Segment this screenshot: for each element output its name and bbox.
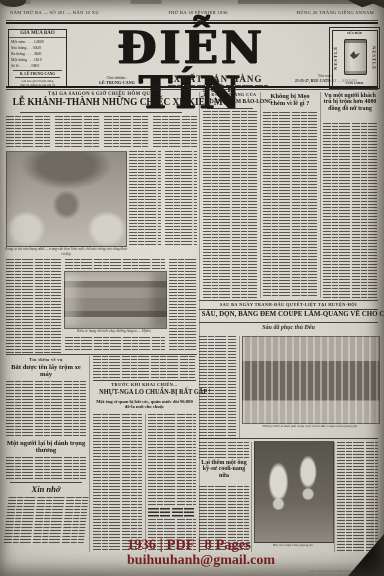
assault-headline: Một người lại bị đánh trọng thương [6, 440, 86, 454]
body-text-block [148, 414, 196, 506]
nestle-ad-bottom-text: CON CHIM [340, 81, 369, 85]
theft-kicker: Tin thêm về vụ [6, 358, 86, 363]
train-interior-photo [6, 151, 127, 247]
price-box-title: GIÁ MUA BÁO [9, 30, 66, 38]
team-photo-caption: Những chiến-sĩ đoạt giải trong cuộc tran… [242, 424, 378, 428]
robbery-headline: Vụ một người khách trú bị trộm hơn 4000 … [323, 93, 377, 112]
body-text-block [93, 356, 196, 378]
column-rule [251, 442, 252, 552]
body-text-block [65, 337, 165, 351]
sports-headline: SÁU, DỌN, BẢNG ĐEM COUPE LÂM-QUANG VỀ CH… [202, 311, 376, 319]
coronation-kicker: LỄ ĐĂNG-QUANG CỦA [203, 93, 257, 98]
dateline-date: THỨ BA 18 FÉVRIER 1936 [168, 10, 228, 15]
column-rule [145, 414, 146, 552]
body-text-block [165, 151, 197, 245]
body-text-block [169, 259, 197, 351]
column-rule [334, 442, 335, 552]
meo-headline: Không bị Mẹo chém vì lẽ gì ? [263, 94, 317, 108]
watermark-line2: buihuuhanh@gmail.com [127, 553, 275, 569]
team-group-photo [242, 336, 380, 424]
coronation-headline: HOÀNG-NAM BẢO-LONG [205, 99, 255, 105]
dateline-issue: NĂM THỨ BA — SỐ 201 — BÁN 10 XU [10, 10, 99, 15]
bird-logo-icon [350, 51, 360, 59]
bold-subhead-lines [148, 508, 196, 517]
theft-headline: Bắt được tên lấy trộm xe máy [6, 364, 86, 378]
torn-edge-blob [0, 0, 26, 7]
milk-can-illustration [344, 39, 367, 75]
subscription-price-box: GIÁ MUA BÁO Một năm . . . . 12$00 Sáu th… [8, 29, 67, 87]
body-text-block [129, 151, 161, 245]
japan-subhead: Một ông sĩ-quan bị bắt cóc, quân nước đò… [95, 400, 194, 410]
body-text-block [199, 336, 237, 440]
newspaper-page: NĂM THỨ BA — SỐ 201 — BÁN 10 XU THỨ BA 1… [0, 0, 384, 576]
exterior-photo-caption: Kiểu xe hạng nhì mới chạy đường Saigon —… [58, 329, 170, 334]
rule [6, 354, 197, 355]
body-text-block [323, 123, 377, 298]
body-text-block [337, 442, 378, 552]
notice-heading: Xin nhớ [6, 485, 86, 494]
rule [6, 89, 378, 90]
rule [10, 482, 82, 483]
rule [199, 322, 378, 323]
body-text-block [55, 116, 100, 148]
rule [207, 108, 253, 109]
watermark-line1: 1936 | PDF | 8 Pages [127, 537, 251, 554]
nestle-ad-top-text: SỮA HỘP [340, 31, 369, 35]
nestle-ad-box: NESTLÉ NESTLÉ SỮA HỘP CON CHIM [329, 27, 380, 89]
rule [199, 438, 378, 439]
trophy-photo-caption: Hai cái coupe Lâm-Quang-Ky [250, 543, 336, 547]
torn-edge-right [348, 0, 384, 8]
column-rule [239, 336, 240, 438]
body-text-block [65, 259, 165, 269]
column-rule [89, 356, 90, 552]
body-text-block [6, 457, 86, 479]
rule [20, 112, 182, 113]
nestle-ad-side-left: NESTLÉ [333, 34, 338, 82]
torn-edge-top [0, 0, 384, 4]
sports-subhead: Sáu đã phục thù Đêu [199, 325, 378, 333]
masthead-director: Chủ-nhiệm : LÊ-TRUNG-CANG [82, 75, 152, 86]
body-text-block [3, 497, 88, 545]
column-rule [320, 92, 321, 298]
rule [93, 380, 196, 381]
rule [199, 300, 378, 301]
price-box-name: R. LÊ-TRUNG-CANG [9, 72, 66, 76]
column-rule [260, 92, 261, 298]
body-text-block [6, 116, 51, 148]
body-text-block [6, 259, 61, 353]
body-text-block [104, 116, 149, 148]
lead-headline: LỄ KHÁNH-THÀNH NHỮNG CHIẾC XE KIỂU MỚI [13, 98, 191, 109]
body-text-block [93, 414, 142, 552]
body-text-block [199, 442, 249, 458]
japan-headline: NHỰT-NGA LO CHUẨN-BỊ RẤT GẤP ! [99, 389, 190, 397]
train-exterior-photo [64, 271, 167, 329]
sports-kicker: SAU BA NGÀY TRANH-ĐẤU QUYẾT-LIỆT TẠI HUY… [199, 303, 378, 308]
rule [6, 86, 378, 88]
dateline: NĂM THỨ BA — SỐ 201 — BÁN 10 XU THỨ BA 1… [10, 10, 374, 15]
body-text-block [153, 116, 197, 148]
body-text-block [203, 111, 257, 298]
nestle-ad-side-right: NESTLÉ [372, 34, 377, 82]
body-text-block [263, 112, 317, 298]
interior-photo-caption: Trong xe ăn cơm hạng nhứt — trang-sức th… [4, 247, 128, 256]
engineer-headline: Lại thêm một ông kỹ-sư cooli-nang nữa [199, 460, 249, 479]
price-row: Số lẻ . . . . . . 0$05 [11, 63, 64, 69]
body-text-block [6, 381, 86, 437]
trophy-photo [254, 441, 334, 543]
dateline-lunar: ĐÚNG 26 THÁNG GIÊNG ANNAM [297, 10, 374, 15]
